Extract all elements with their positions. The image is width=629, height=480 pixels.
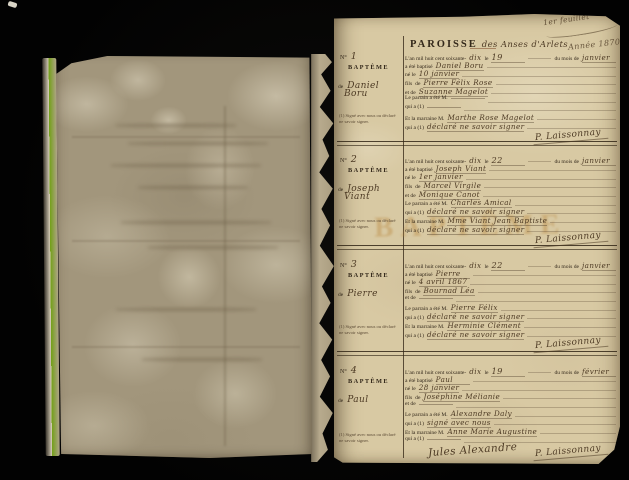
entry-margin: N° 1 BAPTÊME de Daniel Boru (1) Signé av… xyxy=(334,42,403,141)
month-label: du mois de xyxy=(554,370,579,376)
godfather-signed-value xyxy=(427,107,461,108)
blank-line xyxy=(456,407,616,408)
and-of-label: et de xyxy=(405,401,416,407)
month-value: février xyxy=(582,367,616,377)
entry-number-line: N° 3 xyxy=(340,254,357,272)
form-line-year: L'an mil huit cent soixante- dix le 19 d… xyxy=(405,52,616,61)
footnote-line-2: ne savoir signer. xyxy=(339,224,401,230)
bleedthrough-writing xyxy=(111,164,261,167)
bleedthrough-writing xyxy=(142,358,262,361)
blank-line xyxy=(528,266,551,267)
form-line-godfather-signed: qui a (1) xyxy=(405,104,616,113)
born-label: né le xyxy=(405,72,416,78)
blank-line xyxy=(489,170,616,171)
godfather-value xyxy=(451,98,485,99)
blank-line xyxy=(527,213,616,214)
bleedthrough-rule xyxy=(72,136,300,138)
blank-line xyxy=(487,67,616,68)
godmother-signed-value: déclaré ne savoir signer xyxy=(427,122,525,132)
priest-signature: P. Laissonnay xyxy=(533,443,609,461)
footnote-line-2: ne savoir signer. xyxy=(339,330,401,336)
form-line-godfather: Le parrain a été M. xyxy=(405,95,616,104)
parent2-value xyxy=(419,404,453,405)
who-has-label: qui a (1) xyxy=(405,125,424,131)
blank-line xyxy=(488,102,616,103)
blank-line xyxy=(473,381,616,382)
baptism-entry: N° 2 BAPTÊME de Joseph Viant (1) Signé a… xyxy=(334,145,620,246)
child-first-name: Pierre xyxy=(347,289,378,299)
book-scan-photo: 1er feuillet PAROISSE des Anses d'Arlets… xyxy=(0,0,629,480)
form-line-godfather: Le parrain a été M. Pierre Félix xyxy=(405,303,616,312)
godfather-label: Le parrain a été M. xyxy=(405,95,448,101)
margin-footnote: (1) Signé avec nous ou déclaré ne savoir… xyxy=(339,218,401,230)
year-suffix-value: dix xyxy=(469,261,481,270)
entry-number: 4 xyxy=(351,365,357,376)
entry-number: 3 xyxy=(351,259,357,270)
godmother-signed-value: déclaré ne savoir signer xyxy=(427,330,525,340)
form-line-born: né le 1er janvier xyxy=(405,172,616,181)
entry-number-line: N° 4 xyxy=(340,360,357,378)
and-of-label: et de xyxy=(405,193,416,199)
month-label: du mois de xyxy=(554,159,579,165)
le-label: le xyxy=(484,264,488,270)
entry-number: 2 xyxy=(351,154,357,165)
entry-body: L'an mil huit cent soixante- dix le 19 d… xyxy=(405,366,616,457)
blank-line xyxy=(515,205,616,206)
priest-signature: P. Laissonnay xyxy=(533,230,609,248)
bleedthrough-writing xyxy=(121,221,271,224)
form-line-parent2: et de Suzanne Magelot xyxy=(405,87,616,96)
form-line-parent1: fils de Pierre Félix Rose xyxy=(405,78,616,87)
godmother-value: Anne Marie Augustine xyxy=(447,427,537,437)
blank-line xyxy=(483,196,616,197)
blank-line xyxy=(550,222,616,223)
entry-margin: N° 4 BAPTÊME de Paul (1) Signé avec nous… xyxy=(334,356,403,460)
who-has-label: qui a (1) xyxy=(405,104,424,110)
form-line-godfather: Le parrain a été M. Alexandre Daly xyxy=(405,409,616,418)
bleedthrough-writing xyxy=(128,142,268,145)
godmother-signed-value: déclaré ne savoir signer xyxy=(427,225,525,235)
entry-body: L'an mil huit cent soixante- dix le 22 d… xyxy=(405,260,616,351)
blank-line xyxy=(503,398,616,399)
bleedthrough-rule xyxy=(72,346,300,348)
who-has-label: qui a (1) xyxy=(405,436,424,442)
de-label: de xyxy=(338,187,343,193)
blank-line xyxy=(528,58,551,59)
signature-row: P. Laissonnay xyxy=(405,338,616,351)
le-label: le xyxy=(484,370,488,376)
form-line-year: L'an mil huit cent soixante- dix le 22 d… xyxy=(405,155,616,164)
blank-line xyxy=(462,390,616,391)
blank-line xyxy=(515,416,616,417)
bapteme-label: BAPTÊME xyxy=(334,167,403,174)
blank-line xyxy=(540,433,616,434)
margin-name: de Paul xyxy=(338,389,369,407)
born-label: né le xyxy=(405,386,416,392)
month-value: janvier xyxy=(582,53,616,63)
bapteme-label: BAPTÊME xyxy=(334,272,403,279)
who-has-label: qui a (1) xyxy=(405,421,424,427)
month-value: janvier xyxy=(582,156,616,166)
baptism-entry: N° 4 BAPTÊME de Paul (1) Signé avec nous… xyxy=(334,356,620,460)
blank-line xyxy=(484,187,616,188)
and-of-label: et de xyxy=(405,295,416,301)
bleedthrough-rule xyxy=(72,240,300,242)
day-value: 22 xyxy=(491,260,525,271)
priest-signature: P. Laissonnay xyxy=(533,335,609,353)
year-suffix-value: dix xyxy=(469,367,481,376)
form-line-born: né le 28 janvier xyxy=(405,383,616,392)
number-label: N° xyxy=(340,369,347,375)
form-line-parent1: fils de Marcel Virgile xyxy=(405,181,616,190)
child-last-name: Boru xyxy=(344,89,368,99)
form-line-godmother: Et la marraine M. Marthe Rose Magelot xyxy=(405,113,616,122)
entry-number-line: N° 2 xyxy=(340,149,357,167)
register-page: 1er feuillet PAROISSE des Anses d'Arlets… xyxy=(334,14,620,464)
child-first-name: Paul xyxy=(347,395,368,405)
de-label: de xyxy=(338,398,343,404)
entry-margin: N° 3 BAPTÊME de Pierre (1) Signé avec no… xyxy=(334,250,403,352)
margin-footnote: (1) Signé avec nous ou déclaré ne savoir… xyxy=(339,324,401,336)
entry-number: 1 xyxy=(351,51,357,62)
form-line-godfather-signed: qui a (1) déclaré ne savoir signer xyxy=(405,207,616,216)
entry-body: L'an mil huit cent soixante- dix le 19 d… xyxy=(405,52,616,143)
day-value: 19 xyxy=(491,366,525,377)
form-line-year: L'an mil huit cent soixante- dix le 22 d… xyxy=(405,260,616,269)
margin-footnote: (1) Signé avec nous ou déclaré ne savoir… xyxy=(339,113,401,125)
day-value: 22 xyxy=(491,155,525,166)
blank-line xyxy=(524,327,616,328)
number-label: N° xyxy=(340,263,347,269)
who-has-label: qui a (1) xyxy=(405,333,424,339)
month-label: du mois de xyxy=(554,264,579,270)
bleedthrough-writing xyxy=(116,308,256,311)
baptism-entry: N° 3 BAPTÊME de Pierre (1) Signé avec no… xyxy=(334,250,620,352)
who-has-label: qui a (1) xyxy=(405,228,424,234)
margin-name: de Pierre xyxy=(338,283,378,301)
form-line-parent2: et de Monique Canot xyxy=(405,190,616,199)
child-last-name: Viant xyxy=(344,192,370,202)
blank-line xyxy=(537,119,616,120)
footnote-line-2: ne savoir signer. xyxy=(339,438,401,444)
blank-line xyxy=(473,275,616,276)
form-line-born: né le 4 avril 1867 xyxy=(405,277,616,286)
dust-speck xyxy=(7,1,17,9)
godmother-signed-value xyxy=(427,439,461,440)
blank-line xyxy=(494,424,616,425)
blank-line xyxy=(491,93,616,94)
form-line-parent1: fils de Bournad Léa xyxy=(405,286,616,295)
blank-line xyxy=(466,179,616,180)
blank-line xyxy=(456,301,616,302)
entry-number-line: N° 1 xyxy=(340,46,357,64)
parent2-value xyxy=(419,298,453,299)
form-line-parent1: fils de Joséphine Mélianie xyxy=(405,392,616,401)
margin-footnote: (1) Signé avec nous ou déclaré ne savoir… xyxy=(339,432,401,444)
signature-row: P. Laissonnay xyxy=(405,130,616,143)
footnote-line-2: ne savoir signer. xyxy=(339,119,401,125)
priest-signature: P. Laissonnay xyxy=(533,127,609,145)
month-value: janvier xyxy=(582,261,616,271)
born-label: né le xyxy=(405,280,416,286)
bleedthrough-writing xyxy=(148,246,278,249)
bapteme-label: BAPTÊME xyxy=(334,378,403,385)
number-label: N° xyxy=(340,55,347,61)
blank-line xyxy=(528,161,551,162)
baptism-entry: N° 1 BAPTÊME de Daniel Boru (1) Signé av… xyxy=(334,42,620,141)
form-line-year: L'an mil huit cent soixante- dix le 19 d… xyxy=(405,366,616,375)
torn-page-remnant xyxy=(309,54,336,462)
blank-line xyxy=(527,318,616,319)
parent1-value: Bournad Léa xyxy=(423,286,474,296)
witness-signature: Jules Alexandre xyxy=(427,441,517,459)
de-label: de xyxy=(338,292,343,298)
left-blank-page xyxy=(56,56,312,458)
blank-line xyxy=(464,110,616,111)
day-value: 19 xyxy=(491,52,525,63)
who-has-label: qui a (1) xyxy=(405,315,424,321)
form-line-godfather-signed: qui a (1) déclaré ne savoir signer xyxy=(405,312,616,321)
bleedthrough-writing xyxy=(116,124,236,127)
blank-line xyxy=(462,76,616,77)
son-label: fils xyxy=(405,184,412,190)
blank-line xyxy=(501,310,616,311)
le-label: le xyxy=(484,56,488,62)
number-label: N° xyxy=(340,158,347,164)
bleedthrough-writing xyxy=(138,186,248,189)
entry-body: L'an mil huit cent soixante- dix le 22 d… xyxy=(405,155,616,246)
parent1-value: Joséphine Mélianie xyxy=(423,392,500,402)
who-has-label: qui a (1) xyxy=(405,210,424,216)
bleedthrough-column-rule xyxy=(224,106,226,446)
signature-row: P. Laissonnay xyxy=(405,233,616,246)
blank-line xyxy=(496,84,617,85)
blank-line xyxy=(470,284,616,285)
form-line-born: né le 10 janvier xyxy=(405,69,616,78)
bapteme-label: BAPTÊME xyxy=(334,64,403,71)
month-label: du mois de xyxy=(554,56,579,62)
born-label: né le xyxy=(405,175,416,181)
signature-row: Jules Alexandre P. Laissonnay xyxy=(405,444,616,457)
blank-line xyxy=(478,292,616,293)
son-label: fils xyxy=(405,81,412,87)
blank-line xyxy=(528,372,551,373)
entry-margin: N° 2 BAPTÊME de Joseph Viant (1) Signé a… xyxy=(334,145,403,246)
de-label: de xyxy=(338,84,343,90)
